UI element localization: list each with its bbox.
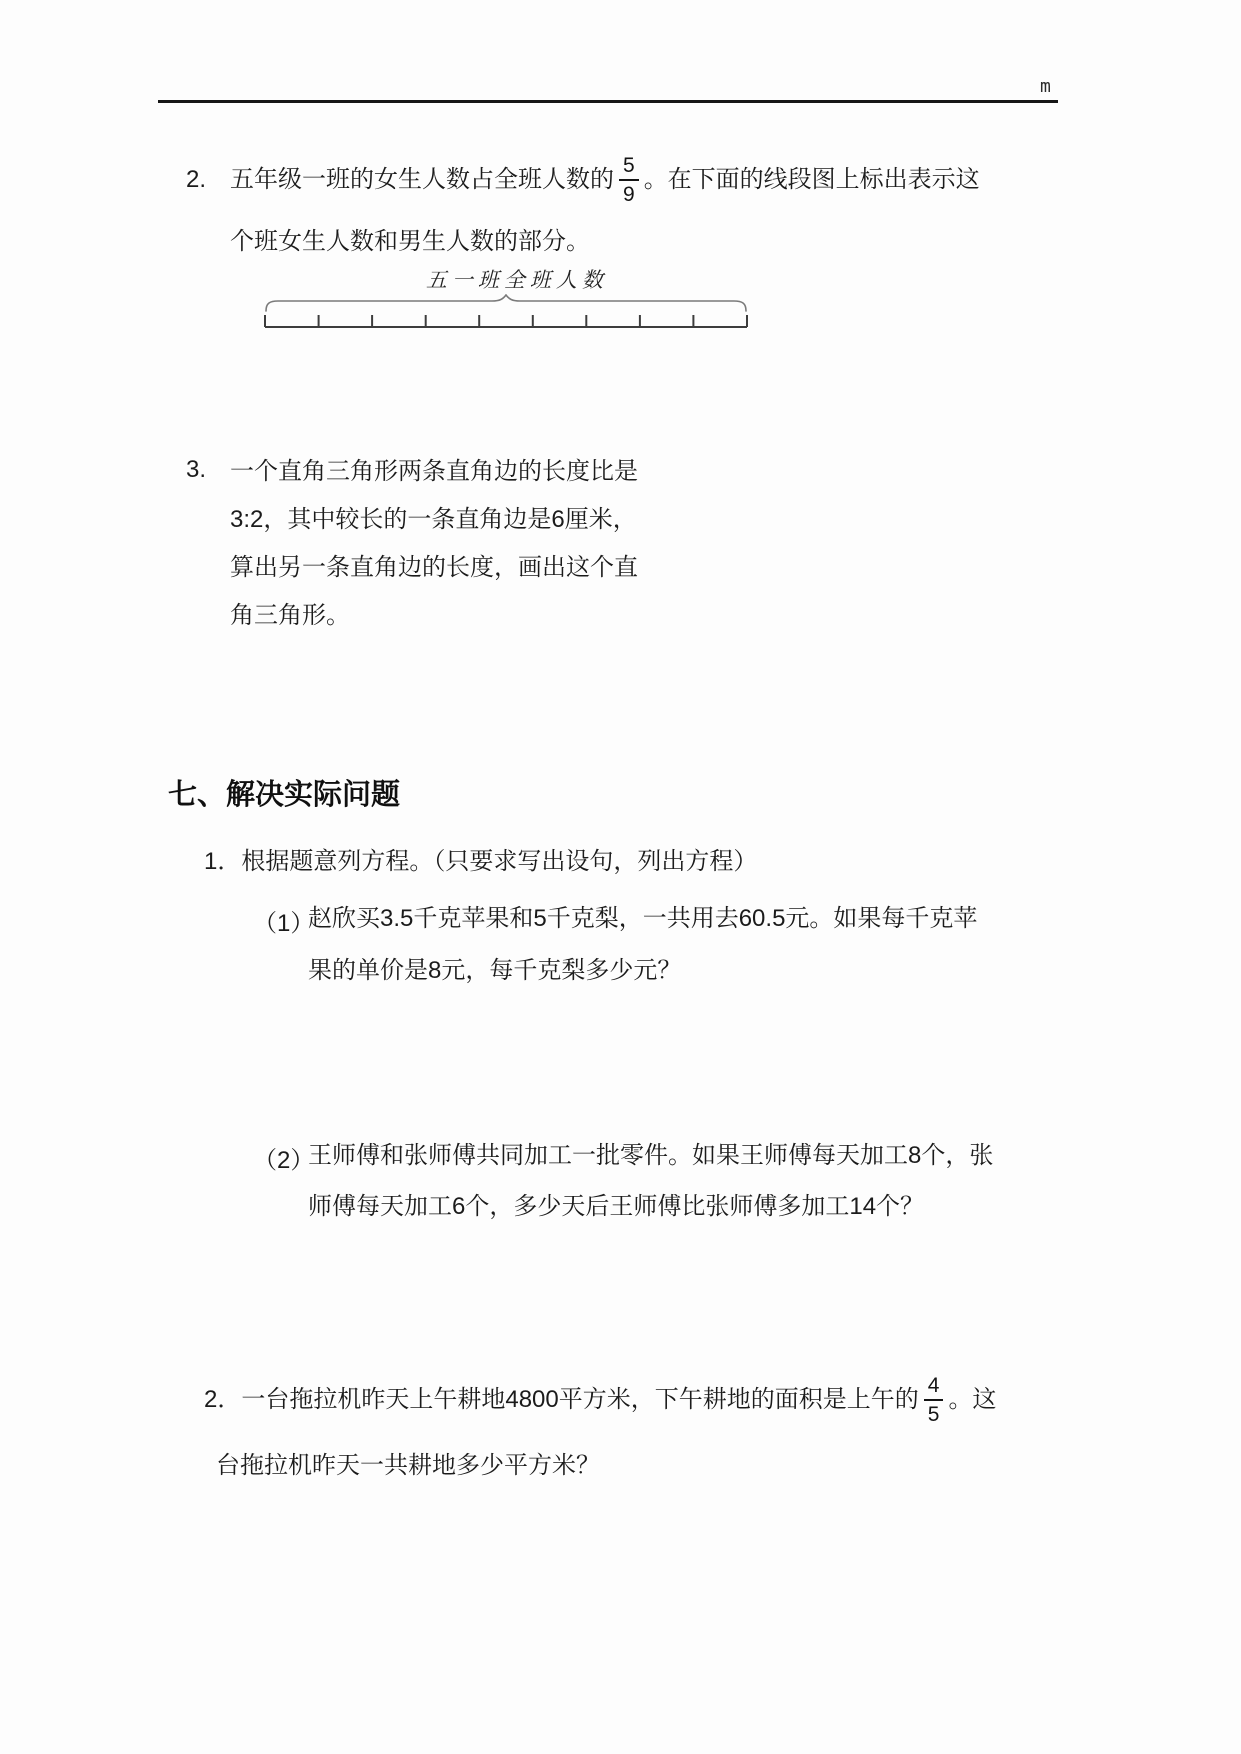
s7-q1-sub2-number: （2） <box>253 1140 314 1175</box>
q3-number: 3. <box>186 456 206 484</box>
fraction-denominator: 9 <box>623 181 635 205</box>
s7-q2-line2: 台拖拉机昨天一共耕地多少平方米？ <box>216 1450 600 1482</box>
s7-q1-text: 根据题意列方程。（只要求写出设句，列出方程） <box>241 846 757 878</box>
s7-q1-sub2-line1: 王师傅和张师傅共同加工一批零件。如果王师傅每天加工8个，张 <box>308 1140 993 1172</box>
q2-number: 2. <box>186 166 206 194</box>
s7-q1-sub1-line1: 赵欣买3.5千克苹果和5千克梨，一共用去60.5元。如果每千克苹 <box>308 903 977 935</box>
fraction-numerator: 5 <box>619 155 639 181</box>
fraction-numerator: 4 <box>924 1375 944 1401</box>
q2-line1-after: 。在下面的线段图上标出表示这 <box>644 164 980 196</box>
fraction-five-ninths: 5 9 <box>619 155 639 205</box>
s7-q1-sub2-line2: 师傅每天加工6个，多少天后王师傅比张师傅多加工14个？ <box>308 1191 924 1223</box>
s7-q1-sub1-line2: 果的单价是8元，每千克梨多少元？ <box>308 955 681 987</box>
segment-diagram: 五一班全班人数 <box>264 264 748 336</box>
s7-q1-line: 1． 根据题意列方程。（只要求写出设句，列出方程） <box>204 846 757 878</box>
s7-q1-sub1-number: （1） <box>253 903 314 938</box>
q2-line1: 五年级一班的女生人数占全班人数的 5 9 。在下面的线段图上标出表示这 <box>230 144 980 216</box>
over-brace <box>264 294 748 312</box>
segment-line <box>264 312 748 330</box>
q2-line2: 个班女生人数和男生人数的部分。 <box>230 226 590 258</box>
s7-q2-number: 2． <box>204 1384 241 1416</box>
segment-diagram-label: 五一班全班人数 <box>426 264 608 294</box>
s7-q1-number: 1． <box>204 846 241 878</box>
q3-line: 一个直角三角形两条直角边的长度比是 <box>230 456 638 488</box>
header-rule <box>158 100 1058 103</box>
q3-line: 角三角形。 <box>230 600 350 632</box>
fraction-four-fifths: 4 5 <box>924 1375 944 1425</box>
q2-line1-before: 五年级一班的女生人数占全班人数的 <box>230 164 614 196</box>
section-title: 七、解决实际问题 <box>168 772 400 813</box>
worksheet-page: m 2. 五年级一班的女生人数占全班人数的 5 9 。在下面的线段图上标出表示这… <box>0 0 1241 1754</box>
fraction-denominator: 5 <box>928 1401 940 1425</box>
q3-line: 3:2，其中较长的一条直角边是6厘米， <box>230 504 637 536</box>
q3-line: 算出另一条直角边的长度，画出这个直 <box>230 552 638 584</box>
s7-q2-line1: 2． 一台拖拉机昨天上午耕地4800平方米，下午耕地的面积是上午的 4 5 。这 <box>204 1364 996 1436</box>
page-corner-mark: m <box>1040 76 1051 97</box>
s7-q2-line1-after: 。这 <box>948 1384 996 1416</box>
s7-q2-line1-before: 一台拖拉机昨天上午耕地4800平方米，下午耕地的面积是上午的 <box>241 1384 918 1416</box>
